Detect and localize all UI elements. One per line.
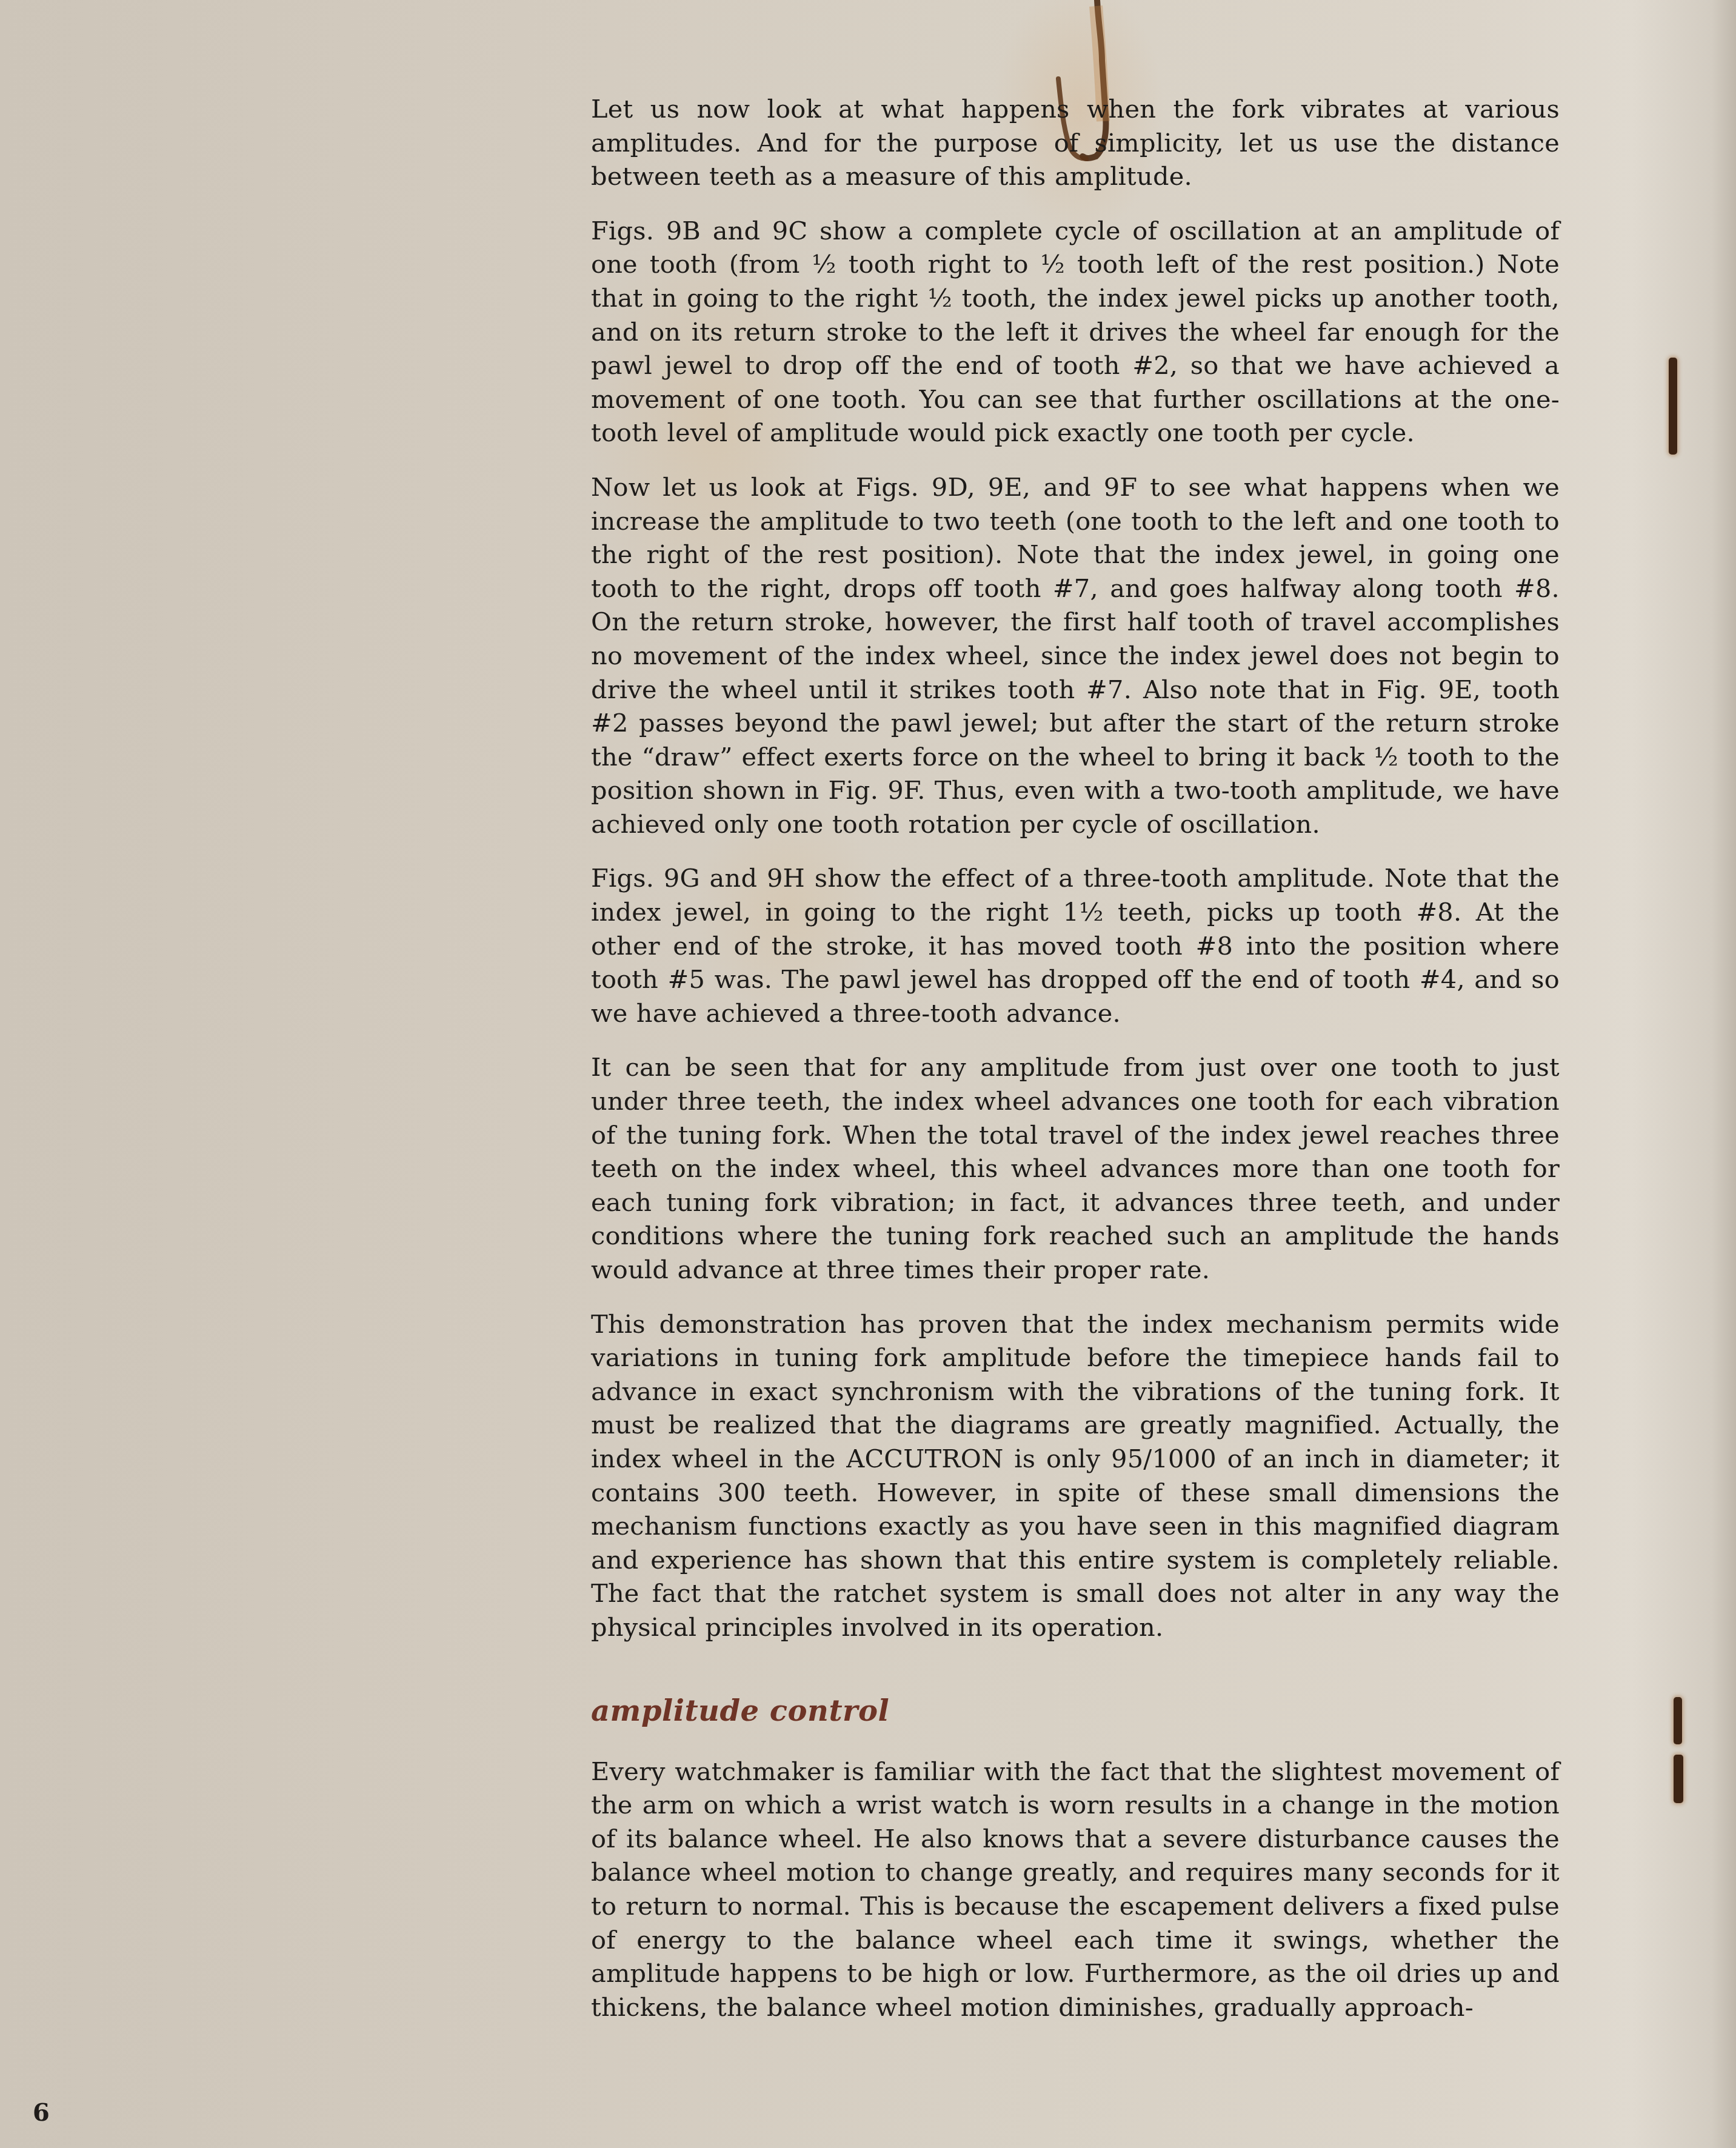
section-heading-amplitude-control: amplitude control: [591, 1694, 1560, 1728]
paragraph-demonstration-conclusion: This demonstration has proven that the i…: [591, 1307, 1560, 1644]
staple-lower-bottom: [1674, 1755, 1683, 1803]
body-text-column: Let us now look at what happens when the…: [591, 92, 1560, 2044]
paragraph-three-tooth-amplitude: Figs. 9G and 9H show the effect of a thr…: [591, 861, 1560, 1030]
paragraph-two-tooth-amplitude: Now let us look at Figs. 9D, 9E, and 9F …: [591, 470, 1560, 841]
paragraph-amplitude-control: Every watchmaker is familiar with the fa…: [591, 1755, 1560, 2024]
paragraph-one-tooth-amplitude: Figs. 9B and 9C show a complete cycle of…: [591, 214, 1560, 450]
page-edge-shadow: [1712, 0, 1736, 2148]
paragraph-amplitude-range: It can be seen that for any amplitude fr…: [591, 1050, 1560, 1286]
page-number: 6: [33, 2098, 50, 2127]
paragraph-amplitude-intro: Let us now look at what happens when the…: [591, 92, 1560, 193]
staple-lower-top: [1674, 1697, 1682, 1744]
staple-upper: [1669, 358, 1677, 455]
